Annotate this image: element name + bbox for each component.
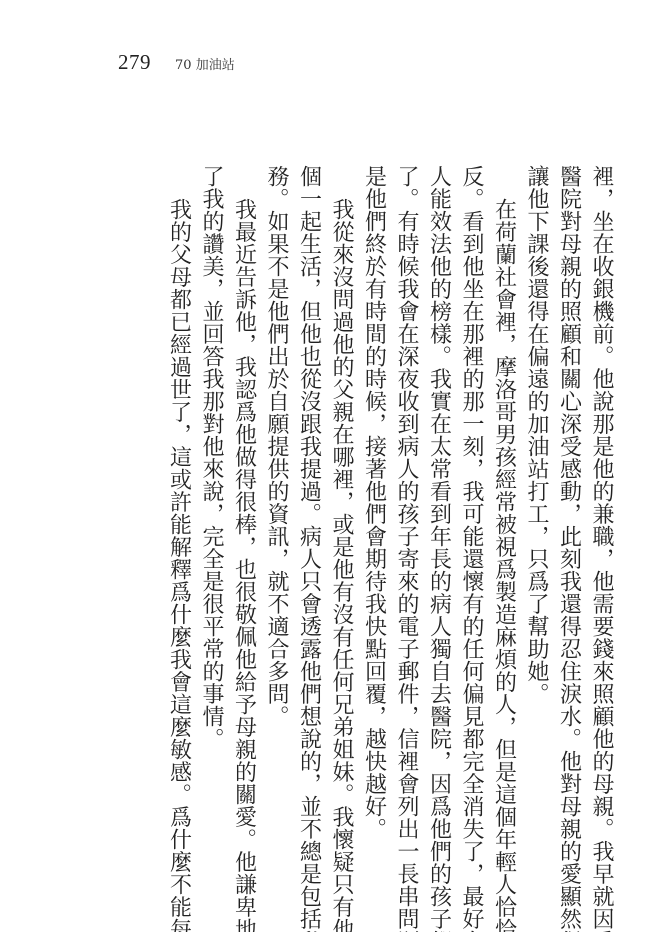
page-number: 279 bbox=[118, 50, 151, 75]
page-header: 279 70 加油站 bbox=[118, 50, 235, 75]
text-column: 了。有時候我會在深夜收到病人的孩子寄來的電子郵件，信裡會列出一長串問題，那 bbox=[390, 165, 423, 855]
running-head: 70 加油站 bbox=[175, 54, 235, 73]
text-column: 是他們終於有時間的時候，接著他們會期待我快點回覆，越快越好。 bbox=[357, 165, 390, 855]
text-column: 反。看到他坐在那裡的那一刻，我可能還懷有的任何偏見都完全消失了，最好有很多 bbox=[455, 165, 488, 855]
paragraph-start-column: 我從來沒問過他的父親在哪裡，或是他有沒有任何兄弟姐妹。我懷疑只有他們兩 bbox=[325, 165, 358, 855]
paragraph-start-column: 我最近告訴他，我認爲他做得很棒，也很敬佩他給予母親的關愛。他謙卑地接受 bbox=[227, 165, 260, 855]
paragraph-start-column: 我的父母都已經過世了，這或許能解釋爲什麼我會這麼敏感。爲什麼不能每個人 bbox=[162, 165, 195, 855]
text-column: 裡，坐在收銀機前。他說那是他的兼職，他需要錢來照顧他的母親。我早就因爲他在 bbox=[585, 165, 618, 855]
text-column: 務。如果不是他們出於自願提供的資訊，就不適合多問。 bbox=[260, 165, 293, 855]
body-text: 裡，坐在收銀機前。他說那是他的兼職，他需要錢來照顧他的母親。我早就因爲他在 醫院… bbox=[162, 165, 617, 855]
text-column: 人能效法他的榜樣。我實在太常看到年長的病人獨自去醫院，因爲他們的孩子都太忙 bbox=[422, 165, 455, 855]
text-column: 讓他下課後還得在偏遠的加油站打工，只爲了幫助她。 bbox=[520, 165, 553, 855]
paragraph-start-column: 在荷蘭社會裡，摩洛哥男孩經常被視爲製造麻煩的人，但是這個年輕人恰恰相 bbox=[487, 165, 520, 855]
text-column: 了我的讚美，並回答我那對他來說，完全是很平常的事情。 bbox=[195, 165, 228, 855]
chapter-title: 加油站 bbox=[196, 58, 235, 73]
text-column: 個一起生活，但他也從沒跟我提過。病人只會透露他們想說的，並不總是包括私人事 bbox=[292, 165, 325, 855]
chapter-number: 70 bbox=[175, 58, 192, 73]
text-column: 醫院對母親的照顧和關心深受感動，此刻我還得忍住淚水。他對母親的愛顯然很深， bbox=[552, 165, 585, 855]
